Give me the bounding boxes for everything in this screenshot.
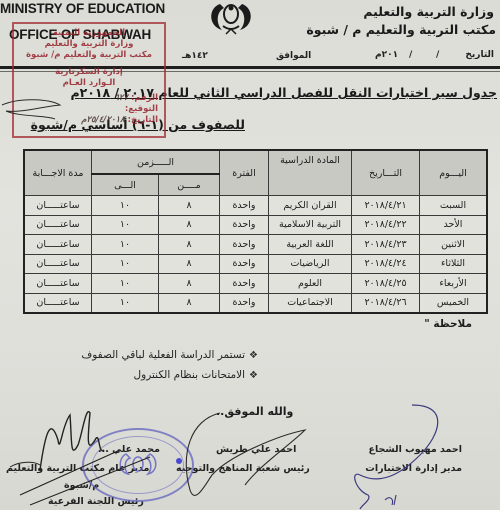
table-row: السبت ٢٠١٨/٤/٢١ القران الكريم واحدة ٨ ١٠… [24,196,487,216]
yemen-eagle-emblem-icon [206,0,256,36]
cell-to: ١٠ [92,254,159,274]
stamp-line: الجمهورية اليمنية [14,28,164,39]
stamp-number-label: الرقم: [131,93,158,103]
document-page: MINISTRY OF EDUCATION OFFICE OF SHABWAH … [0,0,500,510]
cell-day: الاثنين [420,235,488,255]
header-period: الفترة [220,150,269,196]
date-slash-2: / [409,50,412,60]
stamp-date-value: ٢٥/٤/٢٠١٨م [81,115,124,125]
cell-from: ٨ [159,254,220,274]
notes-label: ملاحظة " [424,318,472,330]
header-date: التـــاريخ [352,150,420,196]
stamp-line: مكتب التربية والتعليم م/ شبوة [14,50,164,61]
cell-to: ١٠ [92,196,159,216]
ministry-ar-title: وزارة التربية والتعليم [363,4,494,19]
note-item: ❖تستمر الدراسة الفعلية لباقي الصفوف [81,349,258,361]
date-label: التاريخ [465,50,494,60]
stamp-signature-label: التوقيع: [125,104,158,114]
cell-date: ٢٠١٨/٤/٢١ [352,196,420,216]
date-year: ٢٠١م [375,50,398,60]
note-item: ❖الامتحانات بنظام الكنترول [134,369,258,381]
header-day: اليـــوم [420,150,488,196]
cell-to: ١٠ [92,235,159,255]
cell-from: ٨ [159,274,220,294]
cell-day: الخميس [420,293,488,313]
header-duration: مدة الاجـــابة [24,150,92,196]
cell-date: ٢٠١٨/٤/٢٦ [352,293,420,313]
cell-day: السبت [420,196,488,216]
cell-subject: العلوم [269,274,352,294]
cell-period: واحدة [220,235,269,255]
note-text: الامتحانات بنظام الكنترول [134,369,246,381]
cell-period: واحدة [220,274,269,294]
cell-from: ٨ [159,235,220,255]
cell-subject: الرياضيات [269,254,352,274]
cell-duration: ساعتـــــان [24,196,92,216]
cell-duration: ساعتـــــان [24,293,92,313]
cell-duration: ساعتـــــان [24,254,92,274]
cell-subject: القران الكريم [269,196,352,216]
header-from: مــــن [159,174,220,196]
table-row: الخميس ٢٠١٨/٤/٢٦ الاجتماعيات واحدة ٨ ١٠ … [24,293,487,313]
cell-from: ٨ [159,215,220,235]
cell-period: واحدة [220,215,269,235]
stamp-number-value: ٦٢٧ [114,93,128,103]
cell-subject: التربية الاسلامية [269,215,352,235]
cell-from: ٨ [159,293,220,313]
stamp-line: الـوارد العـام [14,78,164,89]
cell-to: ١٠ [92,215,159,235]
diamond-bullet-icon: ❖ [249,370,258,381]
cell-period: واحدة [220,196,269,216]
cell-date: ٢٠١٨/٤/٢٤ [352,254,420,274]
corresponding-label: الموافق [276,51,311,61]
exam-schedule-table: اليـــوم التـــاريخ المادة الدراسية الفت… [23,149,488,314]
table-row: الثلاثاء ٢٠١٨/٤/٢٤ الرياضيات واحدة ٨ ١٠ … [24,254,487,274]
cell-from: ٨ [159,196,220,216]
table-row: الأحد ٢٠١٨/٤/٢٢ التربية الاسلامية واحدة … [24,215,487,235]
cell-duration: ساعتـــــان [24,274,92,294]
handwritten-signatures-icon [0,395,500,510]
header-time: الـــــزمن [92,150,220,174]
stamp-date-label: التاريخ: [128,115,158,125]
pen-scribble-icon [0,95,80,125]
ministry-en-title: MINISTRY OF EDUCATION [0,1,165,16]
header-to: الـــى [92,174,159,196]
cell-duration: ساعتـــــان [24,235,92,255]
diamond-bullet-icon: ❖ [249,350,258,361]
cell-duration: ساعتـــــان [24,215,92,235]
cell-day: الأربعاء [420,274,488,294]
hijri-year: ١٤٢هـ [182,51,208,61]
cell-to: ١٠ [92,274,159,294]
cell-day: الثلاثاء [420,254,488,274]
cell-date: ٢٠١٨/٤/٢٢ [352,215,420,235]
cell-period: واحدة [220,254,269,274]
cell-day: الأحد [420,215,488,235]
cell-date: ٢٠١٨/٤/٢٥ [352,274,420,294]
office-ar-title: مكتب التربية والتعليم م / شبوة [306,22,496,37]
cell-subject: الاجتماعيات [269,293,352,313]
cell-date: ٢٠١٨/٤/٢٣ [352,235,420,255]
stamp-line: وزارة التربية والتعليم [14,39,164,50]
stamp-line: إدارة السكرتارية [14,67,164,78]
table-row: الأربعاء ٢٠١٨/٤/٢٥ العلوم واحدة ٨ ١٠ ساع… [24,274,487,294]
table-row: الاثنين ٢٠١٨/٤/٢٣ اللغة العربية واحدة ٨ … [24,235,487,255]
header-subject: المادة الدراسية [269,150,352,196]
cell-period: واحدة [220,293,269,313]
date-slash-1: / [436,50,439,60]
cell-subject: اللغة العربية [269,235,352,255]
note-text: تستمر الدراسة الفعلية لباقي الصفوف [81,349,245,361]
cell-to: ١٠ [92,293,159,313]
